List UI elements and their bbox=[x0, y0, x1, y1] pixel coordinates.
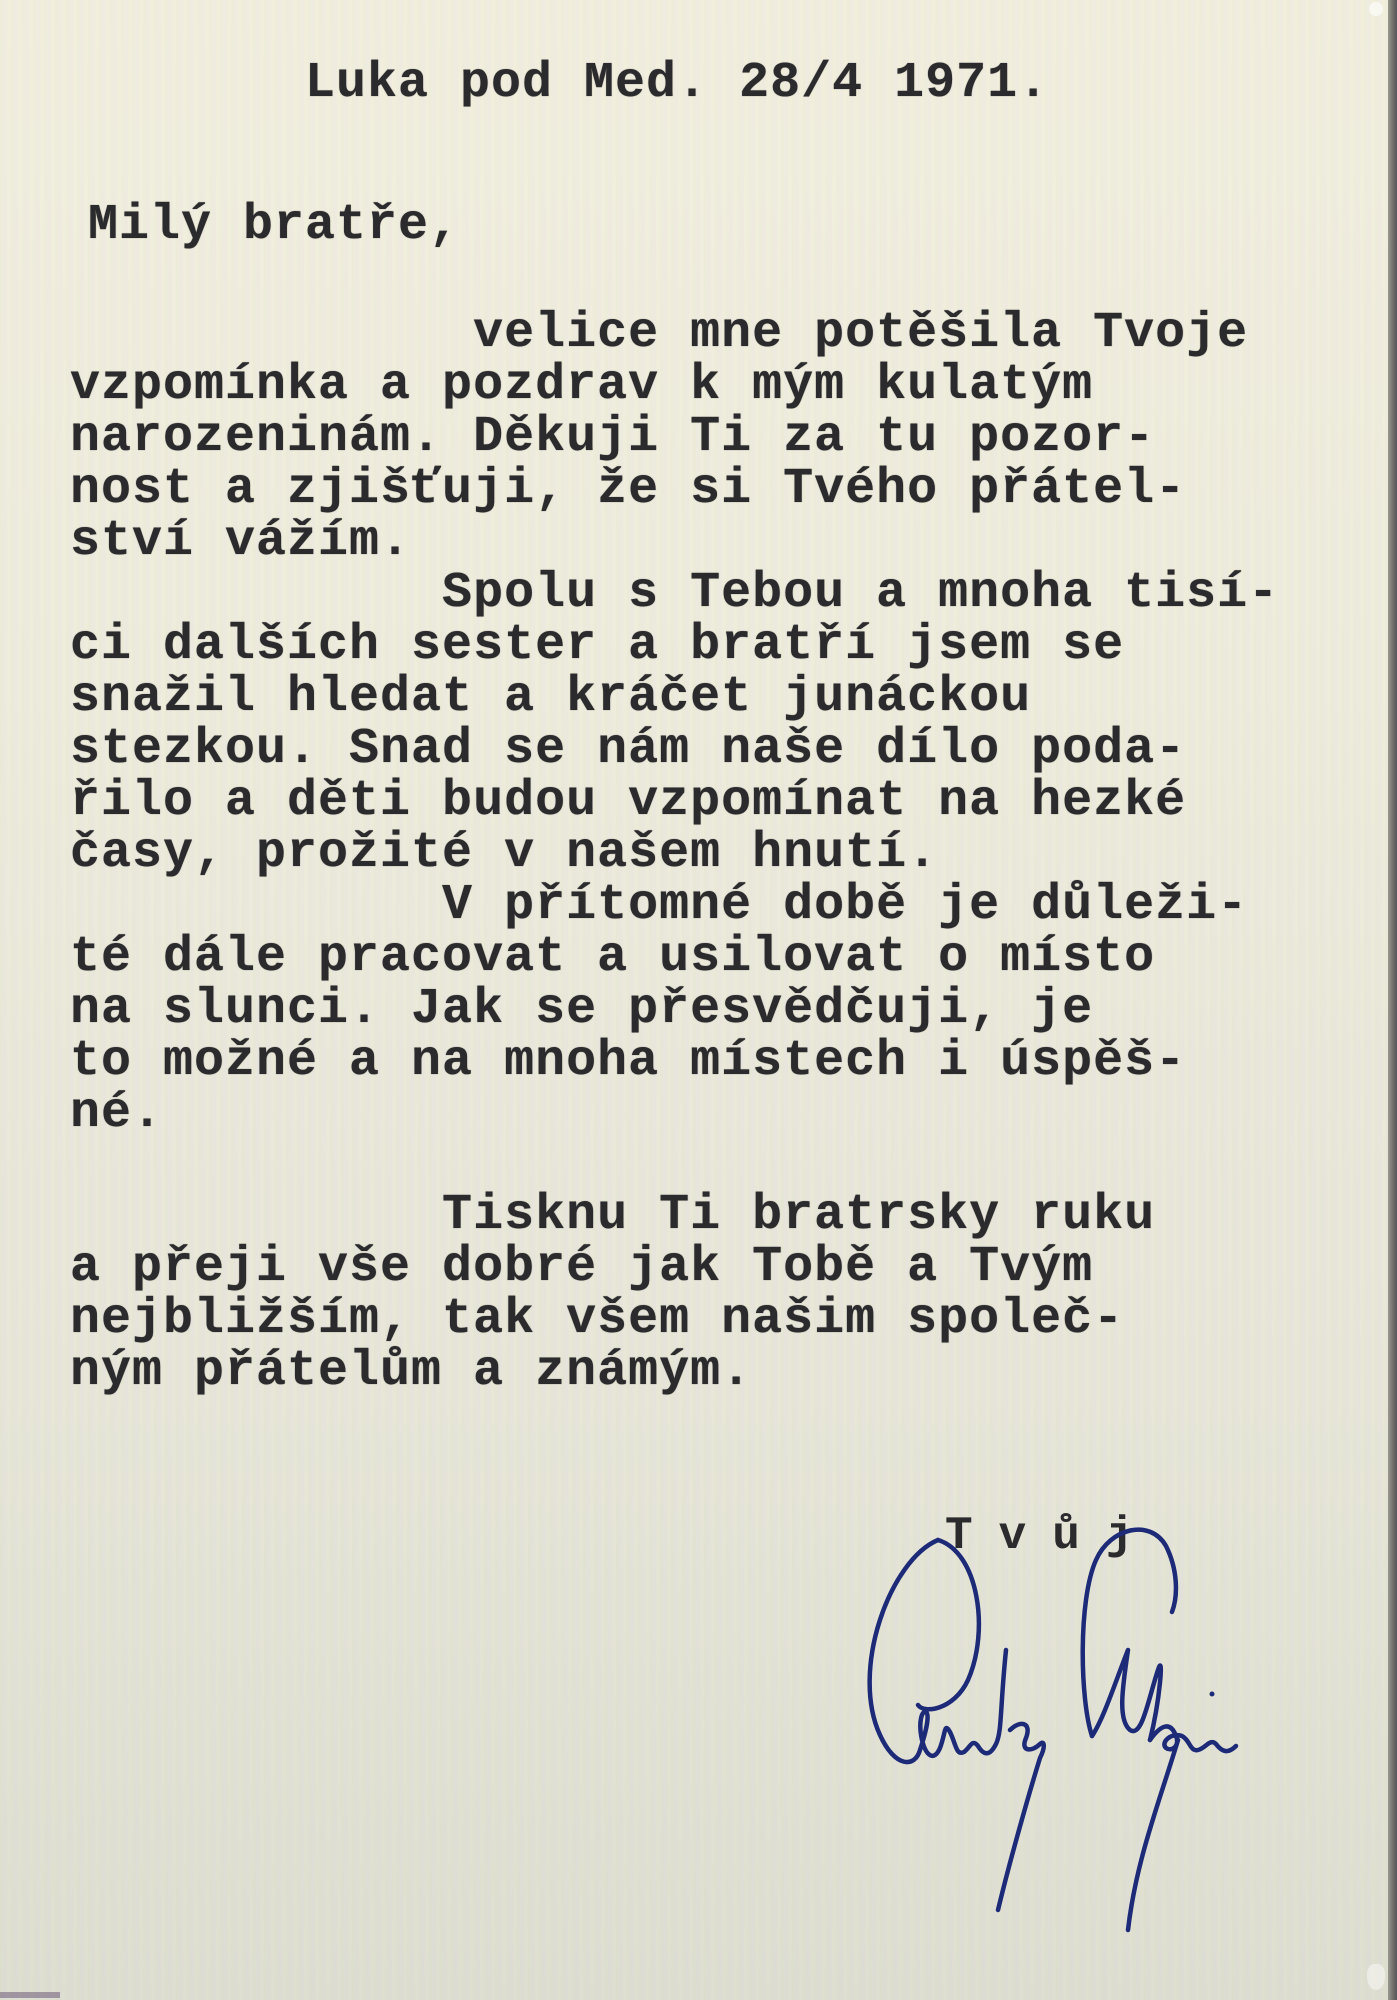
letter-line: té dále pracovat a usilovat o místo bbox=[70, 929, 1155, 986]
salutation: Milý bratře, bbox=[88, 197, 460, 254]
place-and-date: Luka pod Med. 28/4 1971. bbox=[305, 55, 1049, 112]
paper-corner-mark bbox=[1367, 1964, 1385, 1990]
letter-line: snažil hledat a kráčet junáckou bbox=[70, 669, 1031, 726]
letter-paper: Luka pod Med. 28/4 1971. Milý bratře, ve… bbox=[0, 0, 1388, 2000]
letter-line: né. bbox=[70, 1085, 163, 1142]
letter-line: řilo a děti budou vzpomínat na hezké bbox=[70, 773, 1186, 830]
letter-line: Spolu s Tebou a mnoha tisí- bbox=[70, 565, 1279, 622]
letter-line: ství vážím. bbox=[70, 513, 411, 570]
letter-line: to možné a na mnoha místech i úspěš- bbox=[70, 1033, 1186, 1090]
letter-line: nejbližším, tak všem našim společ- bbox=[70, 1291, 1124, 1348]
letter-line: na slunci. Jak se přesvědčuji, je bbox=[70, 981, 1093, 1038]
letter-line: velice mne potěšila Tvoje bbox=[70, 305, 1248, 362]
letter-line: V přítomné době je důleži- bbox=[70, 877, 1248, 934]
letter-line: nost a zjišťuji, že si Tvého přátel- bbox=[70, 461, 1186, 518]
letter-line: stezkou. Snad se nám naše dílo poda- bbox=[70, 721, 1186, 778]
letter-line: a přeji vše dobré jak Tobě a Tvým bbox=[70, 1239, 1093, 1296]
letter-line: vzpomínka a pozdrav k mým kulatým bbox=[70, 357, 1093, 414]
letter-line: časy, prožité v našem hnutí. bbox=[70, 825, 938, 882]
paper-corner-mark bbox=[1369, 2, 1383, 16]
letter-line: narozeninám. Děkuji Ti za tu pozor- bbox=[70, 409, 1155, 466]
paper-corner-mark bbox=[0, 1992, 60, 1998]
handwritten-signature bbox=[860, 1500, 1340, 1940]
photo-edge-strip bbox=[1388, 0, 1397, 2000]
letter-line: ným přátelům a známým. bbox=[70, 1343, 752, 1400]
letter-line: Tisknu Ti bratrsky ruku bbox=[70, 1187, 1155, 1244]
letter-line: ci dalších sester a bratří jsem se bbox=[70, 617, 1124, 674]
